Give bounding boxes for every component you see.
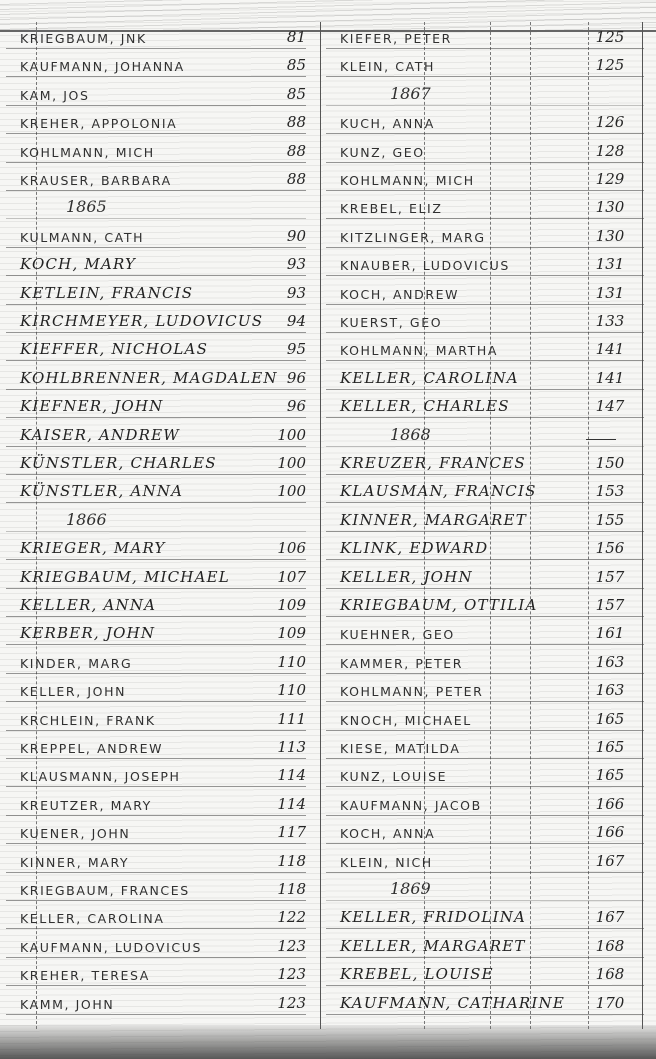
entry-name: KLEIN, CATH xyxy=(326,59,435,76)
index-entry-row: KAUFMANN, JOHANNA85 xyxy=(6,52,306,77)
entry-name: KAM, JOS xyxy=(6,88,90,105)
entry-page-number: 117 xyxy=(276,823,306,843)
index-entry-row: KUNZ, GEO128 xyxy=(326,138,644,163)
index-entry-row: Keller, John157 xyxy=(326,564,644,589)
entry-name: Kiefner, John xyxy=(6,397,164,417)
index-entry-row: KAMMER, PETER163 xyxy=(326,649,644,674)
entry-name: Keller, Carolina xyxy=(326,369,519,389)
entry-page-number: 122 xyxy=(276,908,306,928)
entry-page-number: 95 xyxy=(276,340,306,360)
index-entry-row: KUERST, GEO133 xyxy=(326,308,644,333)
entry-page-number: 118 xyxy=(276,852,306,872)
entry-page-number: 133 xyxy=(590,312,630,332)
entry-name: Kerber, John xyxy=(6,624,155,644)
entry-name: KRIEGBAUM, FRANCES xyxy=(6,883,190,900)
entry-name: Künstler, Charles xyxy=(6,454,217,474)
entry-name: Keller, Fridolina xyxy=(326,908,526,928)
ledger-page: KRIEGBAUM, JNK81KAUFMANN, JOHANNA85KAM, … xyxy=(0,0,656,1059)
entry-name: KAUFMANN, JOHANNA xyxy=(6,59,185,76)
entry-page-number: 113 xyxy=(276,738,306,758)
entry-page-number: 107 xyxy=(276,568,306,588)
entry-name: KUERST, GEO xyxy=(326,315,442,332)
index-entry-row: Ketlein, Francis93 xyxy=(6,280,306,305)
entry-page-number: 106 xyxy=(276,539,306,559)
year-heading: 1869 xyxy=(326,879,431,900)
entry-page-number: 147 xyxy=(590,397,630,417)
entry-page-number: 125 xyxy=(590,56,630,76)
entry-page-number: 165 xyxy=(590,738,630,758)
entry-page-number: 128 xyxy=(590,142,630,162)
entry-page-number: 170 xyxy=(590,994,630,1014)
year-heading: 1865 xyxy=(6,197,107,218)
index-entry-row: Kerber, John109 xyxy=(6,620,306,645)
entry-page-number: 125 xyxy=(590,28,630,48)
entry-name: Ketlein, Francis xyxy=(6,284,193,304)
index-entry-row: KUENER, JOHN117 xyxy=(6,819,306,844)
entry-name: KLEIN, NICH xyxy=(326,855,433,872)
entry-name: KNOCH, MICHAEL xyxy=(326,713,472,730)
entry-name: Künstler, Anna xyxy=(6,482,183,502)
entry-name: KUNZ, LOUISE xyxy=(326,769,447,786)
entry-page-number: 150 xyxy=(590,454,630,474)
entry-name: KREBEL, ELIZ xyxy=(326,201,442,218)
index-entry-row: Kiefner, John96 xyxy=(6,393,306,418)
index-entry-row: KUEHNER, GEO161 xyxy=(326,620,644,645)
entry-name: Koch, Mary xyxy=(6,255,136,275)
entry-name: Kirchmeyer, Ludovicus xyxy=(6,312,263,332)
year-heading: 1866 xyxy=(6,510,107,531)
index-entry-row: KREHER, TERESA123 xyxy=(6,961,306,986)
index-entry-row: KOCH, ANDREW131 xyxy=(326,280,644,305)
entry-name: KREHER, TERESA xyxy=(6,968,150,985)
ledger-bottom-shadow xyxy=(0,1025,656,1059)
year-heading-row: 1865 xyxy=(6,194,306,219)
index-entry-row: KOHLMANN, MARTHA141 xyxy=(326,336,644,361)
entry-page-number: 129 xyxy=(590,170,630,190)
year-heading-row: 1869 xyxy=(326,876,644,901)
entry-page-number: 167 xyxy=(590,852,630,872)
entry-page-number: 155 xyxy=(590,511,630,531)
entry-name: Kinner, Margaret xyxy=(326,511,527,531)
entry-name: KELLER, JOHN xyxy=(6,684,126,701)
entry-name: Kieffer, Nicholas xyxy=(6,340,208,360)
index-entry-row: KNOCH, MICHAEL165 xyxy=(326,706,644,731)
index-entry-row: Künstler, Charles100 xyxy=(6,450,306,475)
entry-page-number: 168 xyxy=(590,965,630,985)
entry-page-number: 123 xyxy=(276,937,306,957)
index-entry-row: Krebel, Louise168 xyxy=(326,961,644,986)
entry-name: KLAUSMANN, JOSEPH xyxy=(6,769,181,786)
index-entry-row: KAUFMANN, LUDOVICUS123 xyxy=(6,933,306,958)
entry-page-number: 166 xyxy=(590,795,630,815)
entry-page-number: 85 xyxy=(276,85,306,105)
index-entry-row: Kreuzer, Frances150 xyxy=(326,450,644,475)
entry-name: KUEHNER, GEO xyxy=(326,627,455,644)
entry-page-number: 131 xyxy=(590,255,630,275)
index-entry-row: KNAUBER, LUDOVICUS131 xyxy=(326,251,644,276)
entry-name: KAUFMANN, LUDOVICUS xyxy=(6,940,202,957)
entry-page-number: 88 xyxy=(276,170,306,190)
index-entry-row: Keller, Charles147 xyxy=(326,393,644,418)
year-heading-row: 1866 xyxy=(6,507,306,532)
index-entry-row: KRIEGBAUM, JNK81 xyxy=(6,24,306,49)
index-entry-row: KOHLMANN, MICH129 xyxy=(326,166,644,191)
index-entry-row: KIESE, MATILDA165 xyxy=(326,734,644,759)
index-entry-row: Kaufmann, Catharine170 xyxy=(326,990,644,1015)
entry-name: KREPPEL, ANDREW xyxy=(6,741,163,758)
index-entry-row: Kaiser, Andrew100 xyxy=(6,422,306,447)
index-entry-row: KINNER, MARY118 xyxy=(6,848,306,873)
entry-name: KOHLMANN, MARTHA xyxy=(326,343,498,360)
entry-name: KIEFER, PETER xyxy=(326,31,452,48)
entry-name: KINNER, MARY xyxy=(6,855,129,872)
entry-page-number: 114 xyxy=(276,766,306,786)
entry-page-number: 96 xyxy=(276,397,306,417)
entry-page-number: 110 xyxy=(276,681,306,701)
blank-page-dash xyxy=(586,439,616,440)
index-entry-row: KREHER, APPOLONIA88 xyxy=(6,109,306,134)
index-entry-row: Keller, Fridolina167 xyxy=(326,904,644,929)
entry-name: Krieger, Mary xyxy=(6,539,166,559)
index-entry-row: KUNZ, LOUISE165 xyxy=(326,762,644,787)
index-entry-row: Koch, Mary93 xyxy=(6,251,306,276)
entry-name: KREHER, APPOLONIA xyxy=(6,116,177,133)
entry-name: KOHLMANN, MICH xyxy=(326,173,475,190)
entry-name: KUENER, JOHN xyxy=(6,826,130,843)
index-entry-row: Künstler, Anna100 xyxy=(6,478,306,503)
entry-page-number: 118 xyxy=(276,880,306,900)
entry-page-number: 88 xyxy=(276,113,306,133)
entry-page-number: 161 xyxy=(590,624,630,644)
entry-name: Keller, Charles xyxy=(326,397,510,417)
index-entry-row: Kriegbaum, Ottilia157 xyxy=(326,592,644,617)
entry-name: Krebel, Louise xyxy=(326,965,494,985)
entry-page-number: 157 xyxy=(590,596,630,616)
entry-page-number: 85 xyxy=(276,56,306,76)
entry-name: KOCH, ANDREW xyxy=(326,287,459,304)
entry-name: Keller, John xyxy=(326,568,473,588)
entry-page-number: 163 xyxy=(590,681,630,701)
entry-page-number: 141 xyxy=(590,340,630,360)
index-entry-row: KREBEL, ELIZ130 xyxy=(326,194,644,219)
entry-name: KRAUSER, BARBARA xyxy=(6,173,172,190)
index-entry-row: KAUFMANN, JACOB166 xyxy=(326,791,644,816)
entry-page-number: 131 xyxy=(590,284,630,304)
entry-page-number: 130 xyxy=(590,227,630,247)
index-entry-row: Keller, Margaret168 xyxy=(326,933,644,958)
entry-name: KELLER, CAROLINA xyxy=(6,911,165,928)
index-entry-row: KELLER, JOHN110 xyxy=(6,677,306,702)
entry-name: KULMANN, CATH xyxy=(6,230,144,247)
index-entry-row: KAM, JOS85 xyxy=(6,81,306,106)
entry-page-number: 96 xyxy=(276,369,306,389)
entry-page-number: 88 xyxy=(276,142,306,162)
entry-page-number: 100 xyxy=(276,482,306,502)
entry-page-number: 141 xyxy=(590,369,630,389)
entry-name: Kriegbaum, Ottilia xyxy=(326,596,538,616)
entry-name: Kohlbrenner, Magdalen xyxy=(6,369,278,389)
index-entry-row: Keller, Carolina141 xyxy=(326,365,644,390)
index-entry-row: KIEFER, PETER125 xyxy=(326,24,644,49)
entry-page-number: 167 xyxy=(590,908,630,928)
entry-name: Kriegbaum, Michael xyxy=(6,568,230,588)
index-entry-row: Keller, Anna109 xyxy=(6,592,306,617)
index-entry-row: KLEIN, CATH125 xyxy=(326,52,644,77)
entry-page-number: 111 xyxy=(276,710,306,730)
index-entry-row: KREUTZER, MARY114 xyxy=(6,791,306,816)
entry-name: Keller, Anna xyxy=(6,596,156,616)
entry-name: KOHLMANN, MICH xyxy=(6,145,155,162)
entry-page-number: 165 xyxy=(590,766,630,786)
entry-page-number: 166 xyxy=(590,823,630,843)
index-entry-row: Klink, Edward156 xyxy=(326,535,644,560)
index-entry-row: KOHLMANN, PETER163 xyxy=(326,677,644,702)
entry-name: KOCH, ANNA xyxy=(326,826,435,843)
index-entry-row: KITZLINGER, MARG130 xyxy=(326,223,644,248)
entry-name: Kaiser, Andrew xyxy=(6,426,180,446)
entry-page-number: 109 xyxy=(276,624,306,644)
index-entry-row: Kriegbaum, Michael107 xyxy=(6,564,306,589)
year-heading-row: 1868 xyxy=(326,422,644,447)
entry-name: KIESE, MATILDA xyxy=(326,741,461,758)
entry-name: KUNZ, GEO xyxy=(326,145,425,162)
entry-name: KNAUBER, LUDOVICUS xyxy=(326,258,510,275)
entry-page-number: 81 xyxy=(276,28,306,48)
entry-page-number: 123 xyxy=(276,994,306,1014)
index-entry-row: KUCH, ANNA126 xyxy=(326,109,644,134)
entry-name: KOHLMANN, PETER xyxy=(326,684,483,701)
entry-page-number: 94 xyxy=(276,312,306,332)
entry-name: KINDER, MARG xyxy=(6,656,132,673)
index-entry-row: Kieffer, Nicholas95 xyxy=(6,336,306,361)
entry-page-number: 163 xyxy=(590,653,630,673)
index-entry-row: KRIEGBAUM, FRANCES118 xyxy=(6,876,306,901)
entry-page-number: 90 xyxy=(276,227,306,247)
entry-page-number: 153 xyxy=(590,482,630,502)
index-entry-row: KOHLMANN, MICH88 xyxy=(6,138,306,163)
entry-name: KAMMER, PETER xyxy=(326,656,463,673)
entry-page-number: 93 xyxy=(276,284,306,304)
entry-name: KRCHLEIN, FRANK xyxy=(6,713,156,730)
year-heading: 1867 xyxy=(326,84,431,105)
entry-name: KAUFMANN, JACOB xyxy=(326,798,482,815)
entry-page-number: 126 xyxy=(590,113,630,133)
index-entry-row: KELLER, CAROLINA122 xyxy=(6,904,306,929)
index-entry-row: KRCHLEIN, FRANK111 xyxy=(6,706,306,731)
index-entry-row: Kirchmeyer, Ludovicus94 xyxy=(6,308,306,333)
index-entry-row: KREPPEL, ANDREW113 xyxy=(6,734,306,759)
entry-page-number: 165 xyxy=(590,710,630,730)
entry-name: KAMM, JOHN xyxy=(6,997,114,1014)
entry-name: Kreuzer, Frances xyxy=(326,454,526,474)
column-rule xyxy=(320,22,321,1029)
entry-name: Kaufmann, Catharine xyxy=(326,994,565,1014)
entry-page-number: 157 xyxy=(590,568,630,588)
entry-page-number: 130 xyxy=(590,198,630,218)
entry-page-number: 100 xyxy=(276,426,306,446)
index-entry-row: Krieger, Mary106 xyxy=(6,535,306,560)
index-entry-row: KLEIN, NICH167 xyxy=(326,848,644,873)
index-entry-row: Kinner, Margaret155 xyxy=(326,507,644,532)
entry-name: KUCH, ANNA xyxy=(326,116,435,133)
year-heading: 1868 xyxy=(326,425,431,446)
entry-name: Klink, Edward xyxy=(326,539,488,559)
index-entry-row: KULMANN, CATH90 xyxy=(6,223,306,248)
index-entry-row: KOCH, ANNA166 xyxy=(326,819,644,844)
index-entry-row: Kohlbrenner, Magdalen96 xyxy=(6,365,306,390)
entry-name: Klausman, Francis xyxy=(326,482,537,502)
year-heading-row: 1867 xyxy=(326,81,644,106)
entry-name: KRIEGBAUM, JNK xyxy=(6,31,147,48)
index-entry-row: KLAUSMANN, JOSEPH114 xyxy=(6,762,306,787)
entry-page-number: 123 xyxy=(276,965,306,985)
entry-page-number: 114 xyxy=(276,795,306,815)
entry-page-number: 109 xyxy=(276,596,306,616)
entry-page-number: 168 xyxy=(590,937,630,957)
index-entry-row: KAMM, JOHN123 xyxy=(6,990,306,1015)
entry-page-number: 93 xyxy=(276,255,306,275)
entry-page-number: 110 xyxy=(276,653,306,673)
entry-page-number: 100 xyxy=(276,454,306,474)
entry-name: KITZLINGER, MARG xyxy=(326,230,486,247)
index-entry-row: KINDER, MARG110 xyxy=(6,649,306,674)
entry-page-number: 156 xyxy=(590,539,630,559)
entry-name: KREUTZER, MARY xyxy=(6,798,152,815)
entry-name: Keller, Margaret xyxy=(326,937,526,957)
index-entry-row: Klausman, Francis153 xyxy=(326,478,644,503)
index-entry-row: KRAUSER, BARBARA88 xyxy=(6,166,306,191)
